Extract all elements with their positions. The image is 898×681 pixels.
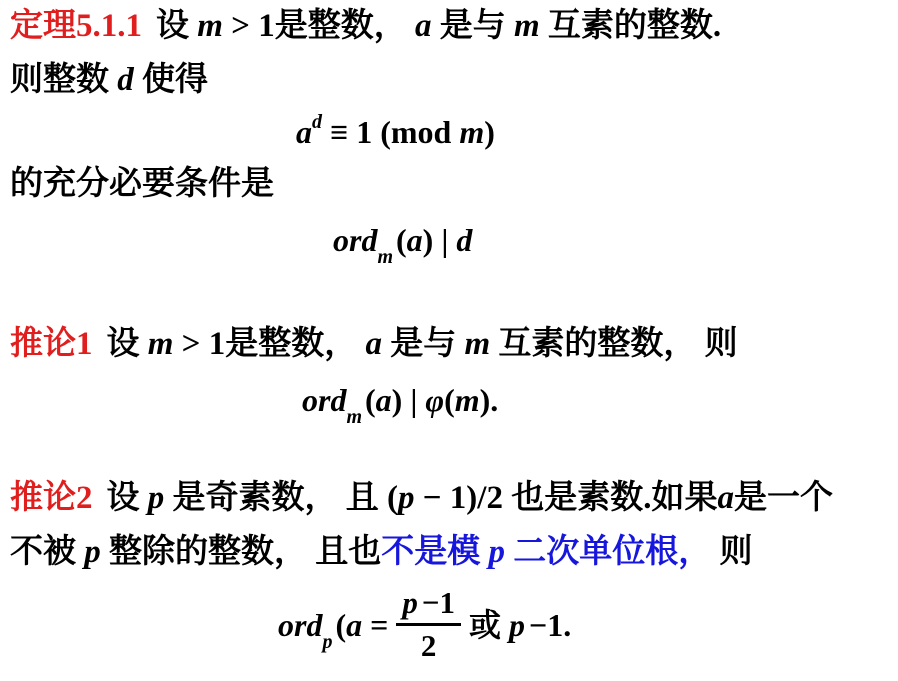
var-p: p <box>398 480 415 516</box>
text-run: 是整数， <box>275 8 415 44</box>
corollary1-line: 推论1设 m > 1是整数， a 是与 m 互素的整数， 则 <box>10 324 738 365</box>
formula-right: 或 p−1. <box>469 605 571 645</box>
var-m: m <box>464 326 490 362</box>
text-run: 则 <box>711 534 752 570</box>
var-a: a <box>415 8 432 44</box>
corollary2-line-1: 推论2设 p 是奇素数， 且 (p − 1)/2 也是素数.如果a是一个 <box>10 478 833 519</box>
text-run: ( <box>444 382 455 418</box>
var-a: a <box>376 382 392 418</box>
order-divides-phi-formula: ordm(a) | φ(m). <box>302 380 498 420</box>
theorem-line-1: 定理5.1.1设 m > 1是整数， a 是与 m 互素的整数. <box>10 6 721 47</box>
ord-operator: ord <box>333 222 377 258</box>
order-p-formula: ordp(a = p−1 2 或 p−1. <box>278 586 571 663</box>
text-run: 设 <box>107 480 148 516</box>
text-run: 设 <box>107 326 148 362</box>
text-run: ( <box>335 607 346 643</box>
euler-phi: φ <box>425 382 444 418</box>
text-run: ≡ 1 (mod <box>322 114 459 150</box>
fraction-denominator: 2 <box>421 626 437 663</box>
text-run: 也是素数.如果 <box>503 480 718 516</box>
corollary2-label: 推论2 <box>10 480 93 516</box>
theorem-label: 定理5.1.1 <box>10 8 142 44</box>
var-a: a <box>365 326 382 362</box>
var-p: p <box>148 480 165 516</box>
exponent-d: d <box>312 111 322 133</box>
text-run: 互素的整数， 则 <box>490 326 738 362</box>
var-m: m <box>514 8 540 44</box>
text-run: − 1)/2 <box>415 480 503 516</box>
var-a: a <box>717 480 734 516</box>
text-run: > 1 <box>223 8 275 44</box>
text-run: 设 <box>156 8 197 44</box>
subscript-m: m <box>346 406 362 428</box>
text-run: −1. <box>529 607 571 643</box>
text-run: 是一个 <box>734 480 833 516</box>
slide: 定理5.1.1设 m > 1是整数， a 是与 m 互素的整数. 则整数 d 使… <box>0 0 898 681</box>
text-run: ). <box>480 382 499 418</box>
var-a: a <box>346 607 362 643</box>
text-run: −1 <box>422 585 455 620</box>
subscript-p: p <box>322 631 332 653</box>
var-p: p <box>402 585 418 620</box>
text-run: 整除的整数， 且也 <box>101 534 382 570</box>
var-p-blue: p <box>489 534 506 570</box>
fraction-numerator: p−1 <box>396 586 461 626</box>
text-run: 是奇素数， 且 ( <box>164 480 398 516</box>
highlight-blue-text: 二次单位根， <box>505 534 711 570</box>
var-p: p <box>84 534 101 570</box>
text-run: 不被 <box>10 534 84 570</box>
text-run: 是与 <box>431 8 514 44</box>
text-run: 是与 <box>382 326 465 362</box>
order-divides-d-formula: ordm(a) | d <box>333 220 472 260</box>
text-run: 互素的整数. <box>540 8 722 44</box>
formula-left: ordp(a = <box>278 605 388 645</box>
var-m: m <box>459 114 484 150</box>
highlight-blue-text: 不是模 <box>381 534 488 570</box>
or-text: 或 <box>469 607 509 643</box>
corollary2-line-2: 不被 p 整除的整数， 且也不是模 p 二次单位根， 则 <box>10 532 753 573</box>
text-run: > 1 <box>173 326 225 362</box>
var-m: m <box>455 382 480 418</box>
var-p: p <box>509 607 525 643</box>
congruence-formula: ad ≡ 1 (mod m) <box>296 112 495 152</box>
equals-sign: = <box>362 607 388 643</box>
text-run: ) <box>484 114 495 150</box>
var-m: m <box>148 326 174 362</box>
theorem-line-2: 则整数 d 使得 <box>10 60 208 101</box>
var-m: m <box>197 8 223 44</box>
text-run: 是整数， <box>225 326 365 362</box>
var-a: a <box>407 222 423 258</box>
text-run: ( <box>396 222 407 258</box>
text-run: 使得 <box>134 62 208 98</box>
ord-operator: ord <box>302 382 346 418</box>
var-a: a <box>296 114 312 150</box>
ord-operator: ord <box>278 607 322 643</box>
theorem-line-3: 的充分必要条件是 <box>10 164 274 205</box>
text-run: ( <box>365 382 376 418</box>
divides-bar: ) | <box>392 382 426 418</box>
var-d: d <box>117 62 134 98</box>
var-d: d <box>456 222 472 258</box>
corollary1-label: 推论1 <box>10 326 93 362</box>
divides-bar: ) | <box>423 222 457 258</box>
text-run: 的充分必要条件是 <box>10 166 274 202</box>
fraction: p−1 2 <box>396 586 461 663</box>
text-run: 则整数 <box>10 62 117 98</box>
subscript-m: m <box>377 246 393 268</box>
